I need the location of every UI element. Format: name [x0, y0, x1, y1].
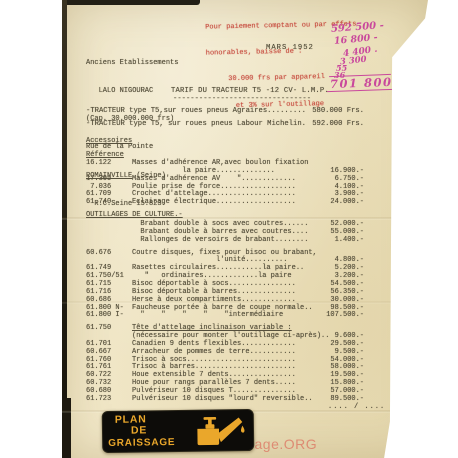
price-cell: 1.400.-: [331, 237, 364, 245]
title-underline: --------------------------------: [173, 95, 311, 103]
tractor-price-list: -TRACTEUR type T5,sur roues pneus Agrair…: [86, 108, 364, 135]
table-row: 61.800 I- " " " " "intermédiaire107.500.…: [86, 312, 364, 320]
continuation-mark: .... / ....: [328, 403, 385, 411]
plan-de-graissage-sticker: PLAN DE GRAISSAGE: [102, 409, 255, 453]
paper-edge-top: [64, 0, 200, 5]
ref-cell: 61.750: [86, 325, 132, 333]
ref-cell: [86, 237, 132, 245]
ref-cell: 60.676: [86, 250, 132, 258]
tractor-price-row: -TRACTEUR type T5,sur roues pneus Agrair…: [86, 108, 364, 116]
sticker-line: GRAISSAGE: [108, 437, 190, 450]
document-date: MARS 1952: [266, 44, 314, 52]
ref-cell: 61.723: [86, 396, 132, 404]
sticker-line: DE: [131, 425, 190, 437]
tractor-price: 580.000 Frs.: [308, 108, 364, 116]
desc-cell: Eclairage électrique...................: [132, 199, 296, 207]
tractor-desc: -TRACTEUR type T5,sur roues pneus Agrair…: [86, 108, 306, 116]
letterhead-line: Anciens Etablissements: [86, 59, 178, 68]
desc-cell: " " " " "intermédiaire: [132, 312, 283, 320]
section-accessoires: Accessoires: [86, 137, 132, 145]
paper-edge-left: [62, 0, 67, 458]
table-row: 61.740Eclairage électrique..............…: [86, 199, 364, 207]
ref-cell: 61.740: [86, 199, 132, 207]
document-page: Pour paiement comptant ou par effets hon…: [62, 0, 428, 458]
handwritten-notes: 592 500 - 16 800 - 4 400 . 3 300 55 36 7…: [327, 18, 427, 102]
ref-cell: [86, 229, 132, 237]
tractor-price-row: -TRACTEUR type T5, sur roues pneus Labou…: [86, 121, 364, 129]
section-reference: Référence: [86, 151, 124, 159]
ref-cell: 16.122: [86, 160, 132, 168]
ref-cell: [86, 221, 132, 229]
section-outillages: OUTILLAGES DE CULTURE.-: [86, 211, 364, 219]
scanned-document: Pour paiement comptant ou par effets hon…: [0, 0, 458, 458]
sticker-label: PLAN DE GRAISSAGE: [108, 414, 190, 450]
price-cell: 107.500.-: [322, 312, 364, 320]
tractor-desc: -TRACTEUR type T5, sur roues pneus Labou…: [86, 121, 306, 129]
tariff-title: TARIF DU TRACTEUR T5 -12 CV- L.M.P.: [171, 87, 329, 95]
watermark: sage.ORG: [247, 436, 317, 452]
ref-cell: 61.800 I-: [86, 312, 132, 320]
desc-cell: Pulvériseur 10 disques "lourd" reversibl…: [132, 396, 313, 404]
table-row: 61.723Pulvériseur 10 disques "lourd" rev…: [86, 396, 364, 404]
oil-can-icon: [190, 412, 248, 449]
tractor-price: 592.000 Frs.: [308, 121, 364, 129]
price-cell: 24.000.-: [326, 199, 364, 207]
company-name: LALO NIGOURAC: [86, 87, 178, 96]
tariff-table: 16.122Masses d'adhérence AR,avec boulon …: [86, 160, 364, 404]
desc-cell: Rallonges de versoirs de brabant........: [132, 237, 308, 245]
table-row: Rallonges de versoirs de brabant........…: [86, 237, 364, 245]
paper-edge-corner: [62, 398, 71, 458]
